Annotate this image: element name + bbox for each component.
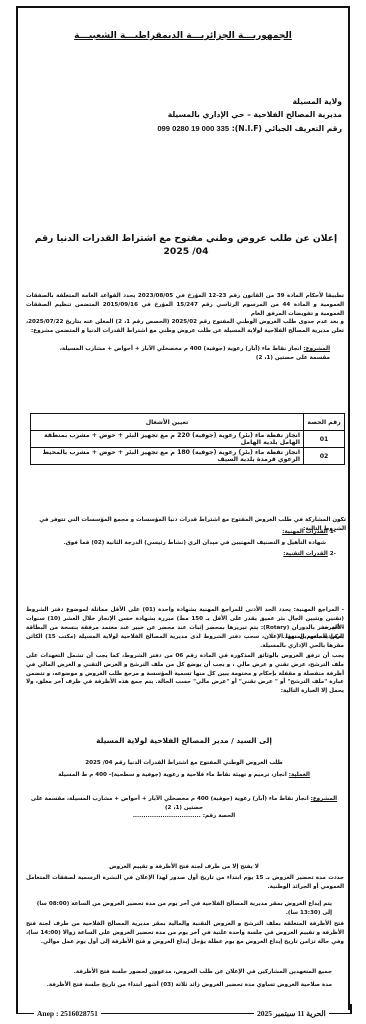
- footer-left-corner: [16, 1004, 18, 1014]
- lot-description: انجاز نقطة ماء (بئر) رعوية (جوفية) 180 م…: [31, 448, 304, 465]
- page-footer: Anep : 2516028751 الحرية 11 سبتمبر 2025: [16, 1008, 352, 1020]
- nif-label: رقم التعريف الجبائي (N.I.F):: [232, 124, 342, 133]
- envelope-project: المشروع: انجاز نقاط ماء (آبار) رعوية (جو…: [26, 795, 342, 813]
- document-frame: [16, 6, 350, 1010]
- condition-2-title: القدرات التقنية:: [283, 551, 328, 557]
- condition-1-text: شهادة التأهيل و التصنيف المهنيين في ميدا…: [26, 539, 326, 548]
- lot-number: 01: [304, 431, 345, 448]
- closing-paragraph-5: مدة صلاحية العروض تساوي مدة تحضير العروض…: [26, 981, 332, 990]
- operation-label: العملية:: [289, 772, 310, 778]
- envelope-lot: الحصة رقم: .............................…: [26, 812, 342, 821]
- envelope-addressee: إلى السيد / مدير المصالح الفلاحية لولاية…: [26, 735, 342, 746]
- table-row: 02 انجاز نقطة ماء (بئر) رعوية (جوفية) 18…: [31, 448, 345, 465]
- lot-blank: ................................: [133, 813, 201, 819]
- condition-2-number: -2: [330, 551, 336, 557]
- closing-paragraph-1: حددت مدة تحضير العروض بـ 15 يوم ابتداء م…: [26, 874, 344, 892]
- project-text: انجاز نقاط ماء (آبار) رعوية (جوفية) 400 …: [60, 346, 330, 361]
- intro-project-line: المشروع: انجاز نقاط ماء (آبار) رعوية (جو…: [40, 345, 330, 363]
- nif-line: رقم التعريف الجبائي (N.I.F): 099 0280 19…: [22, 123, 342, 134]
- references-paragraph-4: يجب أن ترفق العروض بالوثائق المذكورة في …: [26, 652, 344, 696]
- col-lot-header: رقم الحصة: [304, 414, 345, 431]
- intro-paragraph-1: تطبيقا لأحكام المادة 39 من القانون رقم 2…: [26, 292, 344, 318]
- col-works-header: تعيين الأشغال: [31, 414, 304, 431]
- intro-paragraph-2: و بعد عدم جدوى طلب العروض الوطني المفتوح…: [26, 318, 344, 336]
- opening-notice: لا يفتح إلا من طرف لجنة فتح الأظرفة و تق…: [26, 863, 342, 872]
- references-paragraph-3: يمكن للمتعهدين بهذا الإعلان، سحب دفتر ال…: [26, 633, 344, 651]
- closing-paragraph-4: جميع المتعهدين المشاركين في الإعلان عن ط…: [26, 968, 332, 977]
- nif-value: 099 0280 19 000 335: [157, 124, 229, 133]
- directorate-name: مديرية المصالح الفلاحية – حي الإداري بال…: [22, 109, 342, 120]
- envelope-project-label: المشروع:: [311, 796, 337, 802]
- republic-heading: الجمهوريـــة الجزائريـــة الديمقراطيـــة…: [20, 30, 346, 42]
- table-header-row: رقم الحصة تعيين الأشغال: [31, 414, 345, 431]
- announcement-title: إعلان عن طلب عروض وطني مفتوح مع اشتراط ا…: [30, 232, 342, 258]
- table-row: 01 انجاز نقطة ماء (بئر) رعوية (جوفية) 22…: [31, 431, 345, 448]
- newspaper-date: الحرية 11 سبتمبر 2025: [254, 1008, 329, 1019]
- closing-paragraph-3: فتح الأظرفة المتعلقة بملف الترشح و العرو…: [26, 920, 344, 946]
- works-table: رقم الحصة تعيين الأشغال 01 انجاز نقطة ما…: [30, 413, 345, 465]
- footer-right-corner: [350, 1004, 352, 1014]
- anep-number: Anep : 2516028751: [34, 1008, 101, 1019]
- closing-paragraph-2: يتم إيداع العروض بمقر مديرية المصالح الف…: [26, 900, 332, 918]
- envelope-project-text: انجاز نقاط ماء (آبار) رعوية (جوفية) 400 …: [31, 796, 309, 811]
- project-label: المشروع:: [304, 346, 330, 352]
- condition-2: -2 القدرات التقنية:: [26, 550, 336, 559]
- condition-1: -1 القدرات المهنية:: [26, 528, 336, 537]
- wilaya-name: ولاية المسيلة: [22, 96, 342, 107]
- lot-number: 02: [304, 448, 345, 465]
- envelope-reference: طلب العروض الوطني المفتوح مع اشتراط القد…: [26, 759, 342, 768]
- lot-description: انجاز نقطة ماء (بئر) رعوية (جوفية) 220 م…: [31, 431, 304, 448]
- condition-1-number: -1: [330, 529, 336, 535]
- operation-text: انجاز، ترميم و تهيئة نقاط ماء فلاحية و ر…: [58, 772, 287, 778]
- lot-label: الحصة رقم:: [203, 813, 235, 819]
- envelope-operation: العملية: انجاز، ترميم و تهيئة نقاط ماء ف…: [26, 771, 342, 780]
- condition-1-title: القدرات المهنية:: [282, 529, 328, 535]
